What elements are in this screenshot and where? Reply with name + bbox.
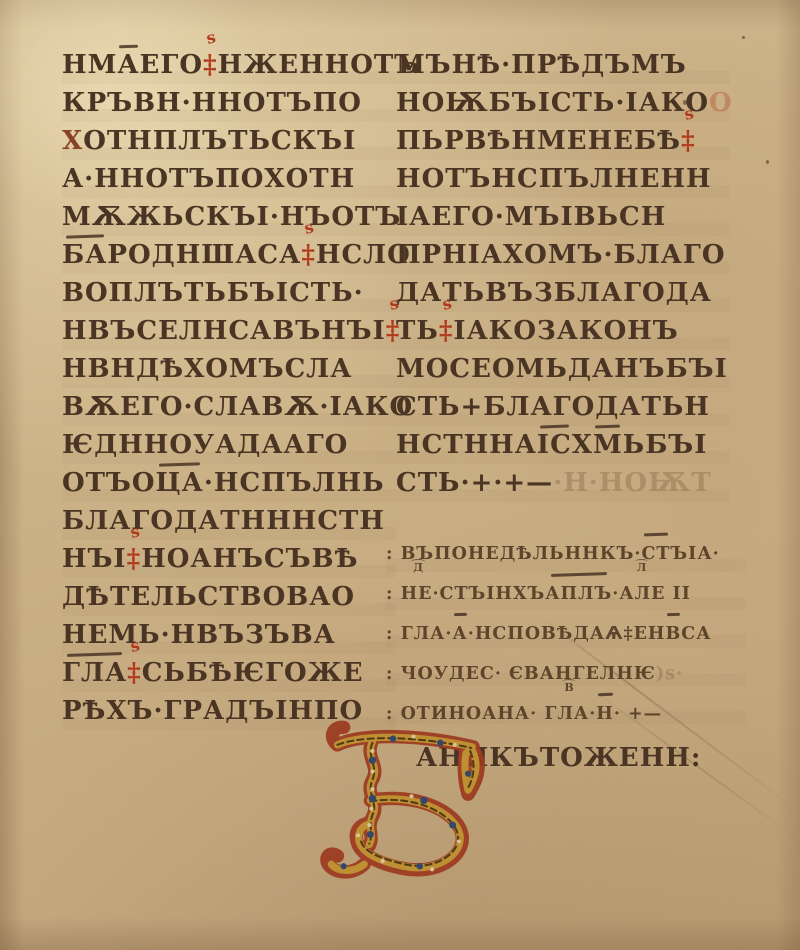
- text-segment: )ѕ·: [656, 664, 683, 684]
- text-segment: ѤДННОУАДААГО: [62, 430, 348, 460]
- text-segment: СЬБѢѤГОЖЕ: [142, 658, 364, 688]
- text-segment: Х: [572, 430, 593, 460]
- text-segment: О: [709, 88, 733, 118]
- manuscript-line: ПРНІАХОМЪ·БЛАГО: [396, 236, 730, 274]
- text-segment: ІАКОЗАКОНЪ: [453, 316, 678, 346]
- text-segment: ІС: [537, 426, 572, 464]
- text-segment: ІАЕГО·МЪІВЬСН: [396, 202, 666, 232]
- superscript-letter: Д: [413, 562, 423, 573]
- manuscript-line: МОСЕОМЬДАНЪБЪІ: [396, 350, 730, 388]
- manuscript-line: ХОТНПЛЪТЬСКЪІ: [62, 122, 396, 160]
- text-segment: ЦА: [156, 464, 204, 502]
- manuscript-line: СТЬ·+·+—·Н·НОѬТ: [396, 464, 730, 502]
- text-segment: АПЛЪ: [545, 574, 612, 614]
- text-segment: ·СТЪІНХЪ: [432, 584, 545, 604]
- text-segment: ОТНПЛЪТЬСКЪІ: [83, 126, 356, 156]
- text-segment: НОТЪНСПЪЛНЕНН: [396, 164, 712, 194]
- text-segment: ·Н·НОѬТ: [553, 468, 712, 498]
- manuscript-line: ѤДННОУАДААГО: [62, 426, 396, 464]
- manuscript-line: НМАЕГО‡ѕНЖЕННОТЪ: [62, 46, 396, 84]
- manuscript-line: НВНДѢХОМЪСЛА: [62, 350, 396, 388]
- text-segment: ·НСПОВѢДАѦ: [468, 624, 624, 644]
- text-segment: Х: [62, 126, 83, 156]
- text-segment: РОДНШАСА: [107, 240, 301, 270]
- ink-speck: [766, 160, 769, 164]
- text-segment: ЪІА·: [670, 544, 719, 564]
- manuscript-line: ІАЕГО·МЪІВЬСН: [396, 198, 730, 236]
- text-segment: А·ННОТЪПОХОТН: [62, 164, 355, 194]
- red-cross-mark: ‡ѕ: [127, 654, 142, 692]
- text-segment: МѪЖЬСКЪІ·НЪОТЪ: [62, 202, 401, 232]
- text-segment: НЪІ: [62, 544, 127, 574]
- text-segment: А: [117, 46, 139, 84]
- text-segment: +·+—: [471, 468, 554, 498]
- text-segment: :: [386, 584, 401, 604]
- text-segment: ЕГО: [140, 50, 203, 80]
- manuscript-line: МѪЖЬСКЪІ·НЪОТЪ: [62, 198, 396, 236]
- text-segment: ·: [589, 704, 596, 724]
- text-segment: НСТННА: [396, 430, 537, 460]
- text-segment: ІІ: [665, 584, 690, 604]
- text-segment: ВОПЛЪТЬБЪІСТЬ·: [62, 278, 364, 308]
- text-segment: ‡: [623, 624, 633, 644]
- text-segment: БА: [62, 236, 107, 274]
- text-segment: РѢХЪ·ГРАДЪІНПО: [62, 696, 363, 726]
- manuscript-line: НСТННАІСХМЬБЪІ: [396, 426, 730, 464]
- red-cross-mark: ‡ѕ: [127, 540, 142, 578]
- text-segment: ЄВАНГЕЛНѤ: [509, 664, 656, 684]
- text-segment: ГЛАВ: [544, 694, 589, 734]
- left-text-column: НМАЕГО‡ѕНЖЕННОТЪКРЪВН·ННОТЪПОХОТНПЛЪТЬСК…: [62, 46, 396, 730]
- manuscript-line: БЛАГОДАТНННСТН: [62, 502, 396, 540]
- manuscript-line: ОТЪОЦА·НСПЪЛНЬ: [62, 464, 396, 502]
- text-segment: КРЪВН·ННОТЪПО: [62, 88, 362, 118]
- manuscript-line: НЕМЬ·НВЪЗЪВА: [62, 616, 396, 654]
- text-segment: М: [593, 426, 623, 464]
- text-segment: :: [386, 624, 401, 644]
- manuscript-line: ГЛА‡ѕСЬБѢѤГОЖЕ: [62, 654, 396, 692]
- superscript-letter: Л: [637, 562, 647, 573]
- text-segment: НЖЕННОТЪ: [218, 50, 421, 80]
- manuscript-line: : НЕД·СТЪІНХЪ АПЛЪ·АЛЕЛ ІІ: [386, 574, 746, 614]
- manuscript-line: ВОПЛЪТЬБЪІСТЬ·: [62, 274, 396, 312]
- text-segment: БЛАГОДАТНННСТН: [62, 506, 385, 536]
- text-segment: :: [386, 664, 401, 684]
- manuscript-line: СТЬ+БЛАГОДАТЬН: [396, 388, 730, 426]
- illuminated-initial-B: [320, 714, 502, 894]
- red-cross-mark: ‡ѕ: [203, 46, 218, 84]
- manuscript-line: : ВЪПОНЕДѢЛЬННКЪ·СТЪІА·: [386, 534, 746, 574]
- text-segment: ПРНІАХОМЪ·БЛАГО: [396, 240, 726, 270]
- text-segment: ВѪЕГО·СЛАВѪ·ІАКО: [62, 392, 413, 422]
- text-segment: ОТЪО: [62, 468, 156, 498]
- text-segment: НМ: [62, 50, 117, 80]
- manuscript-line: А·ННОТЪПОХОТН: [62, 160, 396, 198]
- manuscript-line: НОѬБЪІСТЬ·ІАКОО: [396, 84, 730, 122]
- text-segment: НЕД: [401, 574, 433, 614]
- text-segment: ЕН: [634, 624, 666, 644]
- manuscript-line: ПЬРВѢНМЕНЕБѢ‡ѕ: [396, 122, 730, 160]
- text-segment: ДѢТЕЛЬСТВОВАО: [62, 582, 355, 612]
- text-segment: НЕМЬ·НВЪЗЪВА: [62, 620, 336, 650]
- text-segment: СТЬ+БЛАГОДАТЬН: [396, 392, 710, 422]
- manuscript-line: МЪНѢ·ПРѢДЪМЪ: [396, 46, 730, 84]
- manuscript-line: НОТЪНСПЪЛНЕНН: [396, 160, 730, 198]
- text-segment: НВЪСЕЛНСАВЪНЪІ: [62, 316, 386, 346]
- text-segment: ТЬ: [396, 316, 439, 346]
- manuscript-line: : ГЛА·А·НСПОВѢДАѦ‡ЕНВСА: [386, 614, 746, 654]
- text-segment: ГЛА·: [401, 624, 453, 644]
- manuscript-line: ВѪЕГО·СЛАВѪ·ІАКО: [62, 388, 396, 426]
- text-segment: ·АЛЕЛ: [612, 574, 665, 614]
- text-segment: НОѬБЪІСТЬ·ІАКО: [396, 88, 709, 118]
- text-segment: НВНДѢХОМЪСЛА: [62, 354, 352, 384]
- superscript-letter: В: [564, 682, 573, 693]
- right-text-column: МЪНѢ·ПРѢДЪМЪНОѬБЪІСТЬ·ІАКООПЬРВѢНМЕНЕБѢ‡…: [396, 46, 730, 502]
- text-segment: НОАНЪСЪВѢ: [141, 544, 358, 574]
- red-cross-mark: ‡ѕ: [301, 236, 316, 274]
- ink-speck: [742, 36, 745, 39]
- text-segment: ПЬРВѢНМЕНЕБѢ: [396, 126, 681, 156]
- manuscript-line: НЪІ‡ѕНОАНЪСЪВѢ: [62, 540, 396, 578]
- text-segment: ·НСПЪЛНЬ: [204, 468, 385, 498]
- text-segment: :: [386, 544, 401, 564]
- text-segment: Н: [596, 694, 614, 734]
- text-segment: ГЛА: [62, 654, 127, 692]
- manuscript-line: КРЪВН·ННОТЪПО: [62, 84, 396, 122]
- red-cross-mark: ‡ѕ: [681, 122, 696, 160]
- manuscript-line: БАРОДНШАСА‡ѕНСЛО: [62, 236, 396, 274]
- manuscript-line: НВЪСЕЛНСАВЪНЪІ‡ѕ: [62, 312, 396, 350]
- text-segment: ВЪПОНЕДѢЛЬННКЪ·: [401, 544, 642, 564]
- text-segment: ЬБЪІ: [623, 430, 708, 460]
- text-segment: В: [665, 614, 681, 654]
- text-segment: · +—: [614, 704, 662, 724]
- parchment-page: НМАЕГО‡ѕНЖЕННОТЪКРЪВН·ННОТЪПОХОТНПЛЪТЬСК…: [0, 0, 800, 950]
- text-segment: ЧОУДЕС·: [401, 664, 509, 684]
- red-cross-mark: ‡ѕ: [439, 312, 454, 350]
- text-segment: СТЬ·: [396, 468, 471, 498]
- manuscript-line: ДѢТЕЛЬСТВОВАО: [62, 578, 396, 616]
- red-curl-ornament: ѕ: [205, 29, 218, 47]
- manuscript-line: ТЬ‡ѕІАКОЗАКОНЪ: [396, 312, 730, 350]
- text-segment: СА: [681, 624, 711, 644]
- text-segment: А: [452, 614, 467, 654]
- text-segment: МЪНѢ·ПРѢДЪМЪ: [396, 50, 687, 80]
- rubric-lines-block: : ВЪПОНЕДѢЛЬННКЪ·СТЪІА·: НЕД·СТЪІНХЪ АПЛ…: [386, 534, 746, 734]
- text-segment: МОСЕОМЬДАНЪБЪІ: [396, 354, 728, 384]
